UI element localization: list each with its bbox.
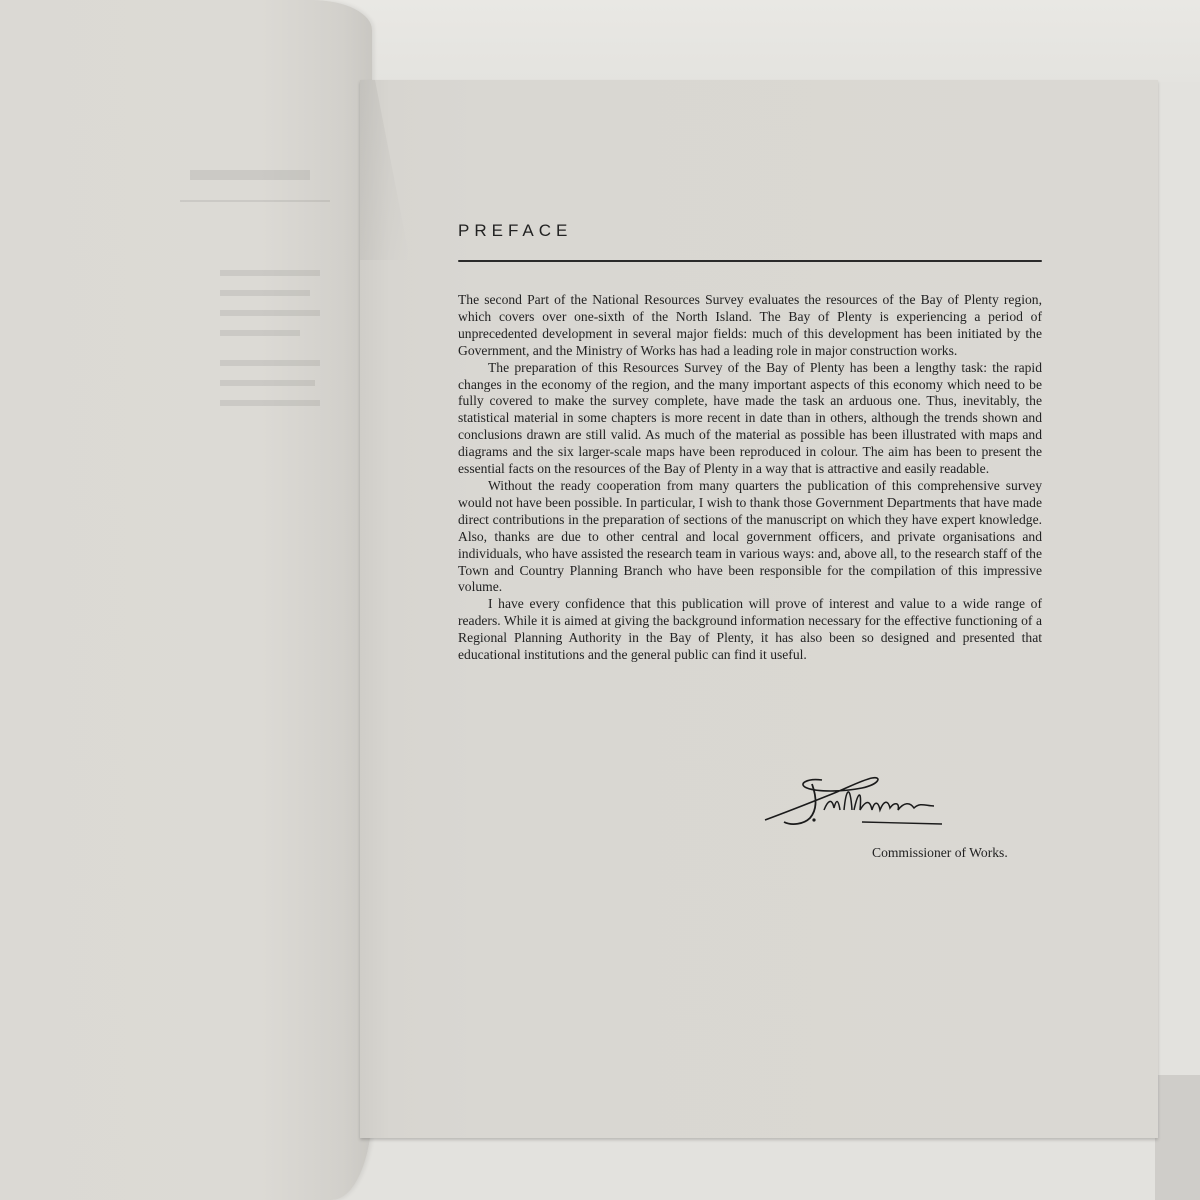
left-page bbox=[0, 0, 372, 1200]
preface-content: PREFACE The second Part of the National … bbox=[458, 220, 1042, 664]
bleed-through-text bbox=[180, 160, 330, 560]
paragraph-1: The second Part of the National Resource… bbox=[458, 292, 1042, 360]
paragraph-2: The preparation of this Resources Survey… bbox=[458, 360, 1042, 478]
paragraph-4: I have every confidence that this public… bbox=[458, 596, 1042, 664]
book-photo: PREFACE The second Part of the National … bbox=[0, 0, 1200, 1200]
underlying-page-edge bbox=[1155, 1075, 1200, 1200]
page-title: PREFACE bbox=[458, 220, 1042, 242]
handwritten-signature bbox=[762, 770, 1002, 830]
paragraph-3: Without the ready cooperation from many … bbox=[458, 478, 1042, 596]
preface-body: The second Part of the National Resource… bbox=[458, 292, 1042, 664]
signatory-title: Commissioner of Works. bbox=[872, 845, 1008, 861]
heading-divider bbox=[458, 260, 1042, 262]
